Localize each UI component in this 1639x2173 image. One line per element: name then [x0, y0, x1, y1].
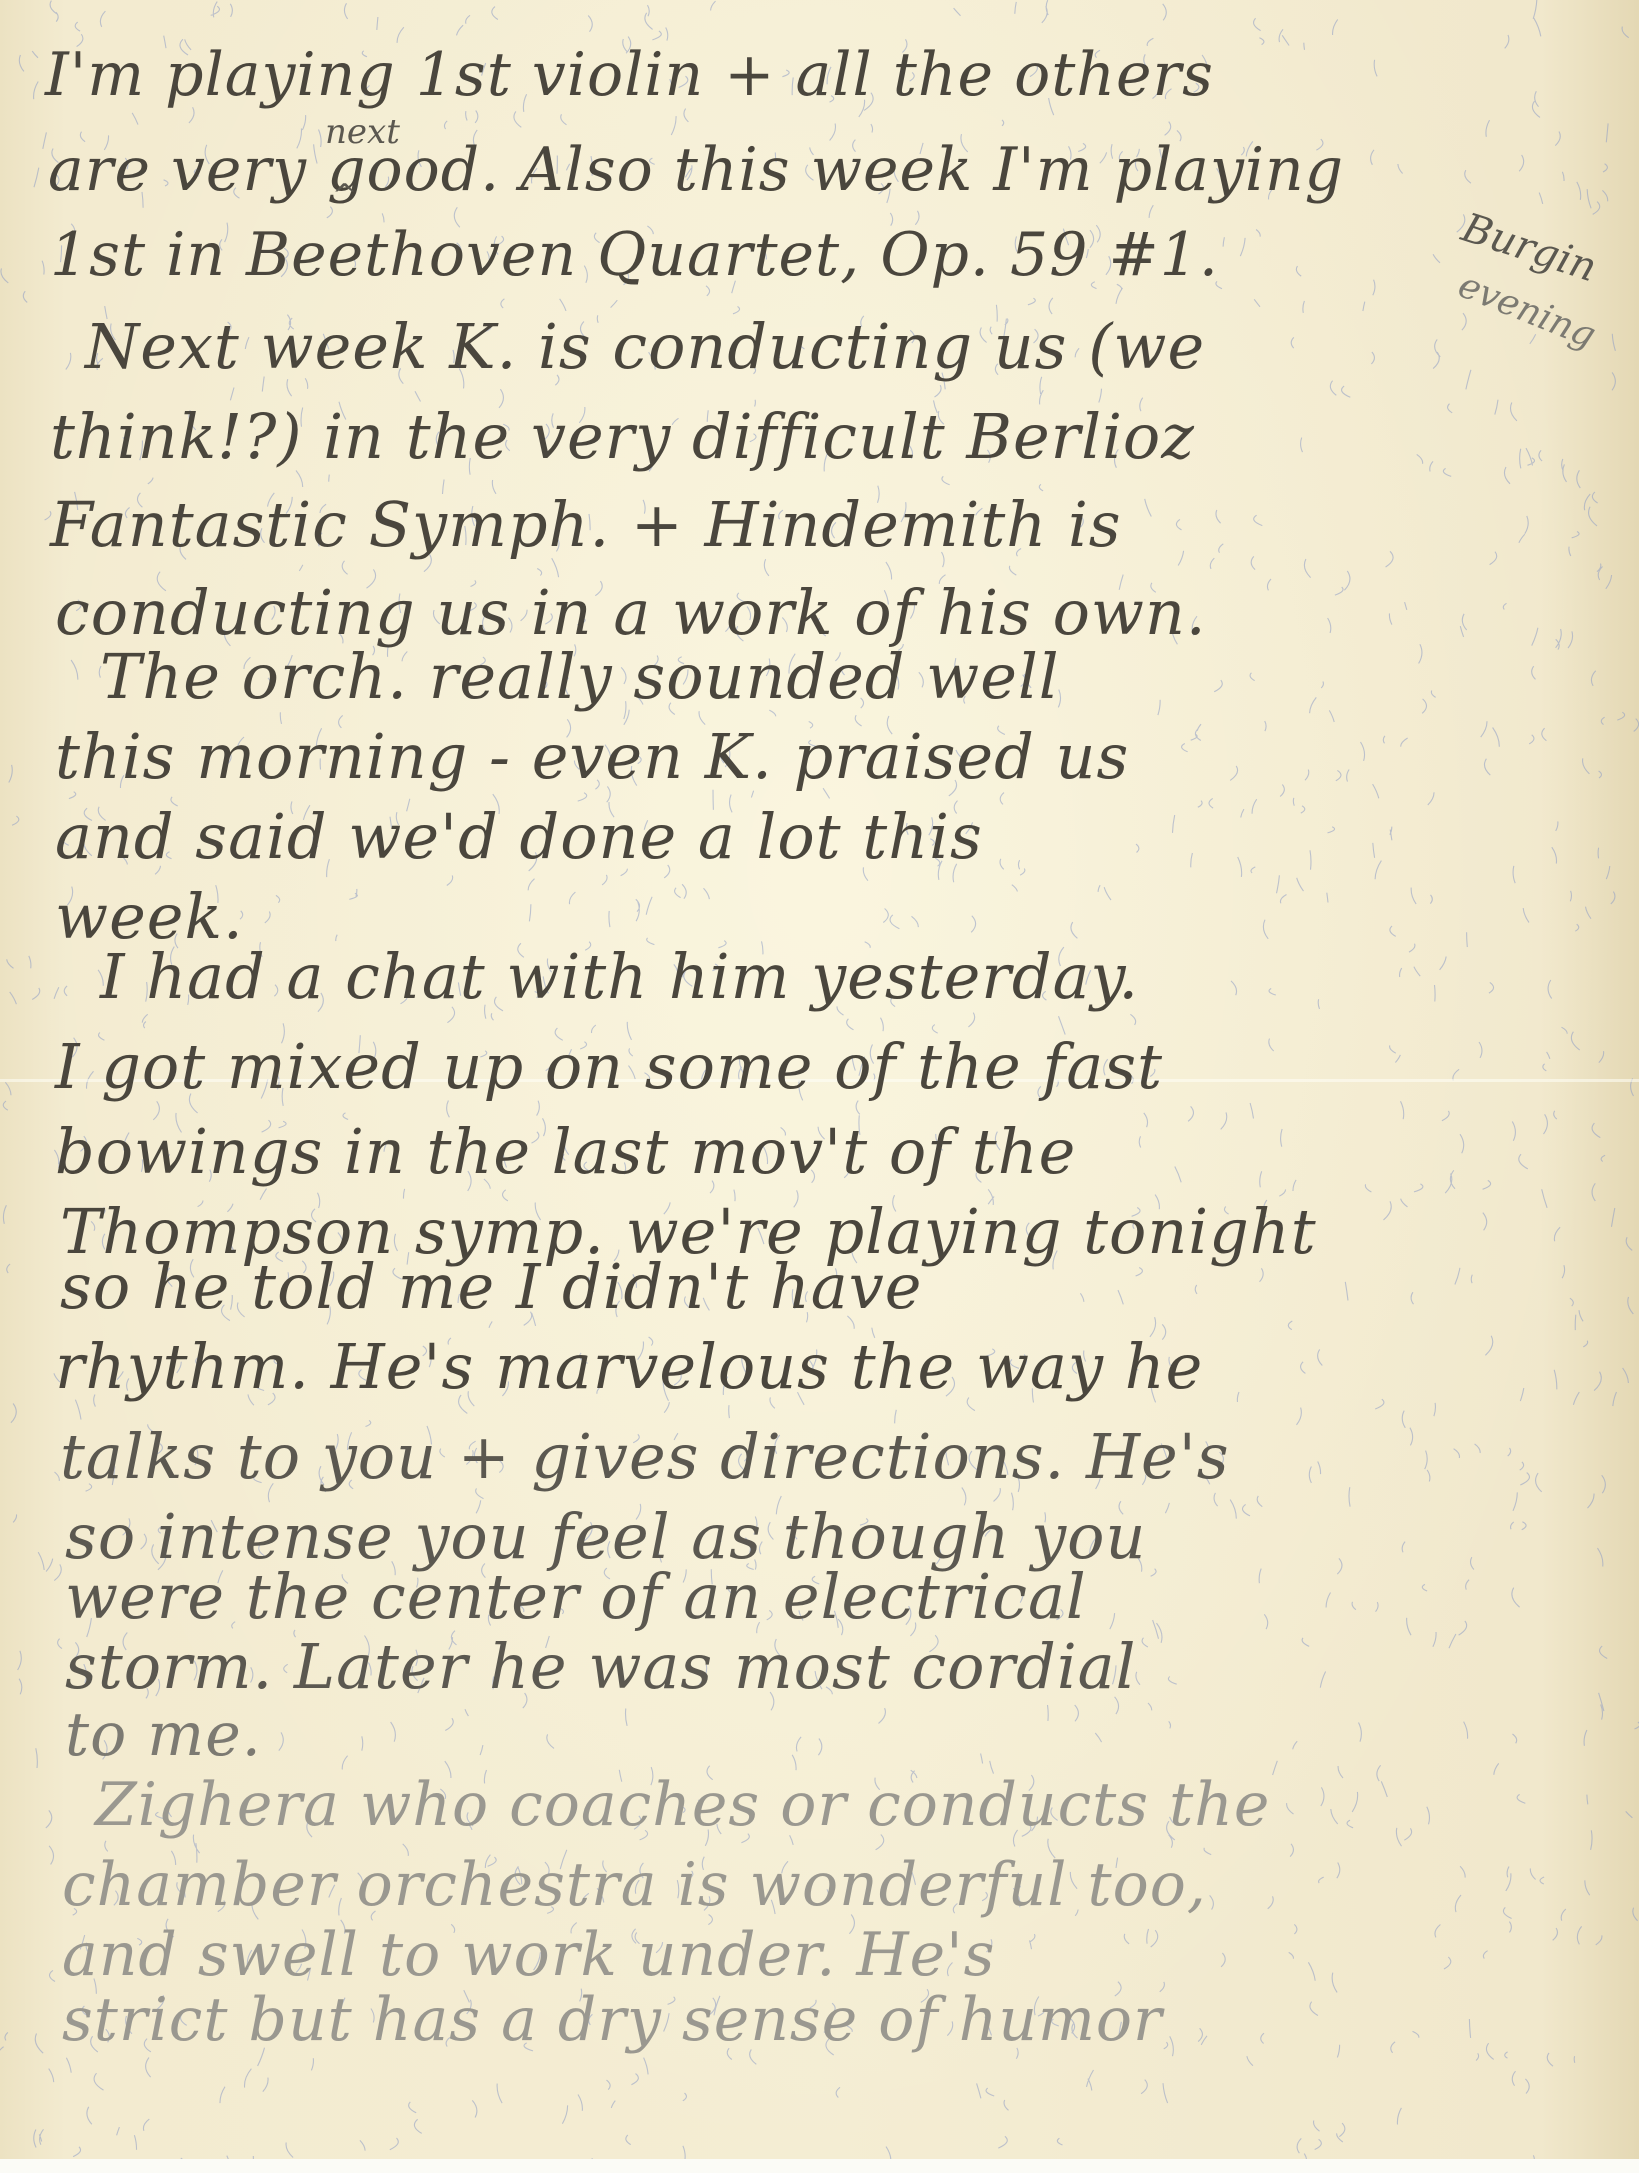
letter-line-2: are very good. Also this week I'm playin… [48, 135, 1344, 205]
letter-line-8: The orch. really sounded well [100, 640, 1060, 713]
letter-line-16: so he told me I didn't have [60, 1250, 922, 1323]
letter-line-24: chamber orchestra is wonderful too, [62, 1850, 1207, 1920]
letter-line-26: strict but has a dry sense of humor [62, 1985, 1163, 2055]
letter-line-6: Fantastic Symph. + Hindemith is [50, 488, 1122, 561]
letter-page: I'm playing 1st violin + all the others … [0, 0, 1639, 2173]
letter-line-22: to me. [65, 1700, 262, 1770]
letter-line-20: were the center of an electrical [65, 1560, 1087, 1633]
letter-line-23: Zighera who coaches or conducts the [95, 1770, 1270, 1840]
letter-line-5: think!?) in the very difficult Berlioz [50, 400, 1195, 473]
insertion-caret: ^ [332, 178, 357, 213]
letter-line-17: rhythm. He's marvelous the way he [55, 1330, 1203, 1403]
letter-line-25: and swell to work under. He's [62, 1920, 995, 1990]
letter-line-9: this morning - even K. praised us [55, 720, 1129, 793]
letter-line-18: talks to you + gives directions. He's [60, 1420, 1230, 1493]
letter-line-1: I'm playing 1st violin + all the others [45, 40, 1214, 110]
scan-bottom-edge [0, 2159, 1639, 2173]
letter-line-21: storm. Later he was most cordial [65, 1630, 1136, 1703]
letter-line-4: Next week K. is conducting us (we [85, 310, 1205, 383]
letter-line-7: conducting us in a work of his own. [55, 576, 1207, 649]
insertion-word: next [325, 112, 400, 152]
letter-line-3: 1st in Beethoven Quartet, Op. 59 #1. [50, 220, 1219, 290]
letter-line-10: and said we'd done a lot this [55, 800, 983, 873]
letter-line-12: I had a chat with him yesterday. [100, 940, 1139, 1013]
letter-line-14: bowings in the last mov't of the [55, 1115, 1076, 1188]
letter-line-13: I got mixed up on some of the fast [55, 1030, 1163, 1103]
